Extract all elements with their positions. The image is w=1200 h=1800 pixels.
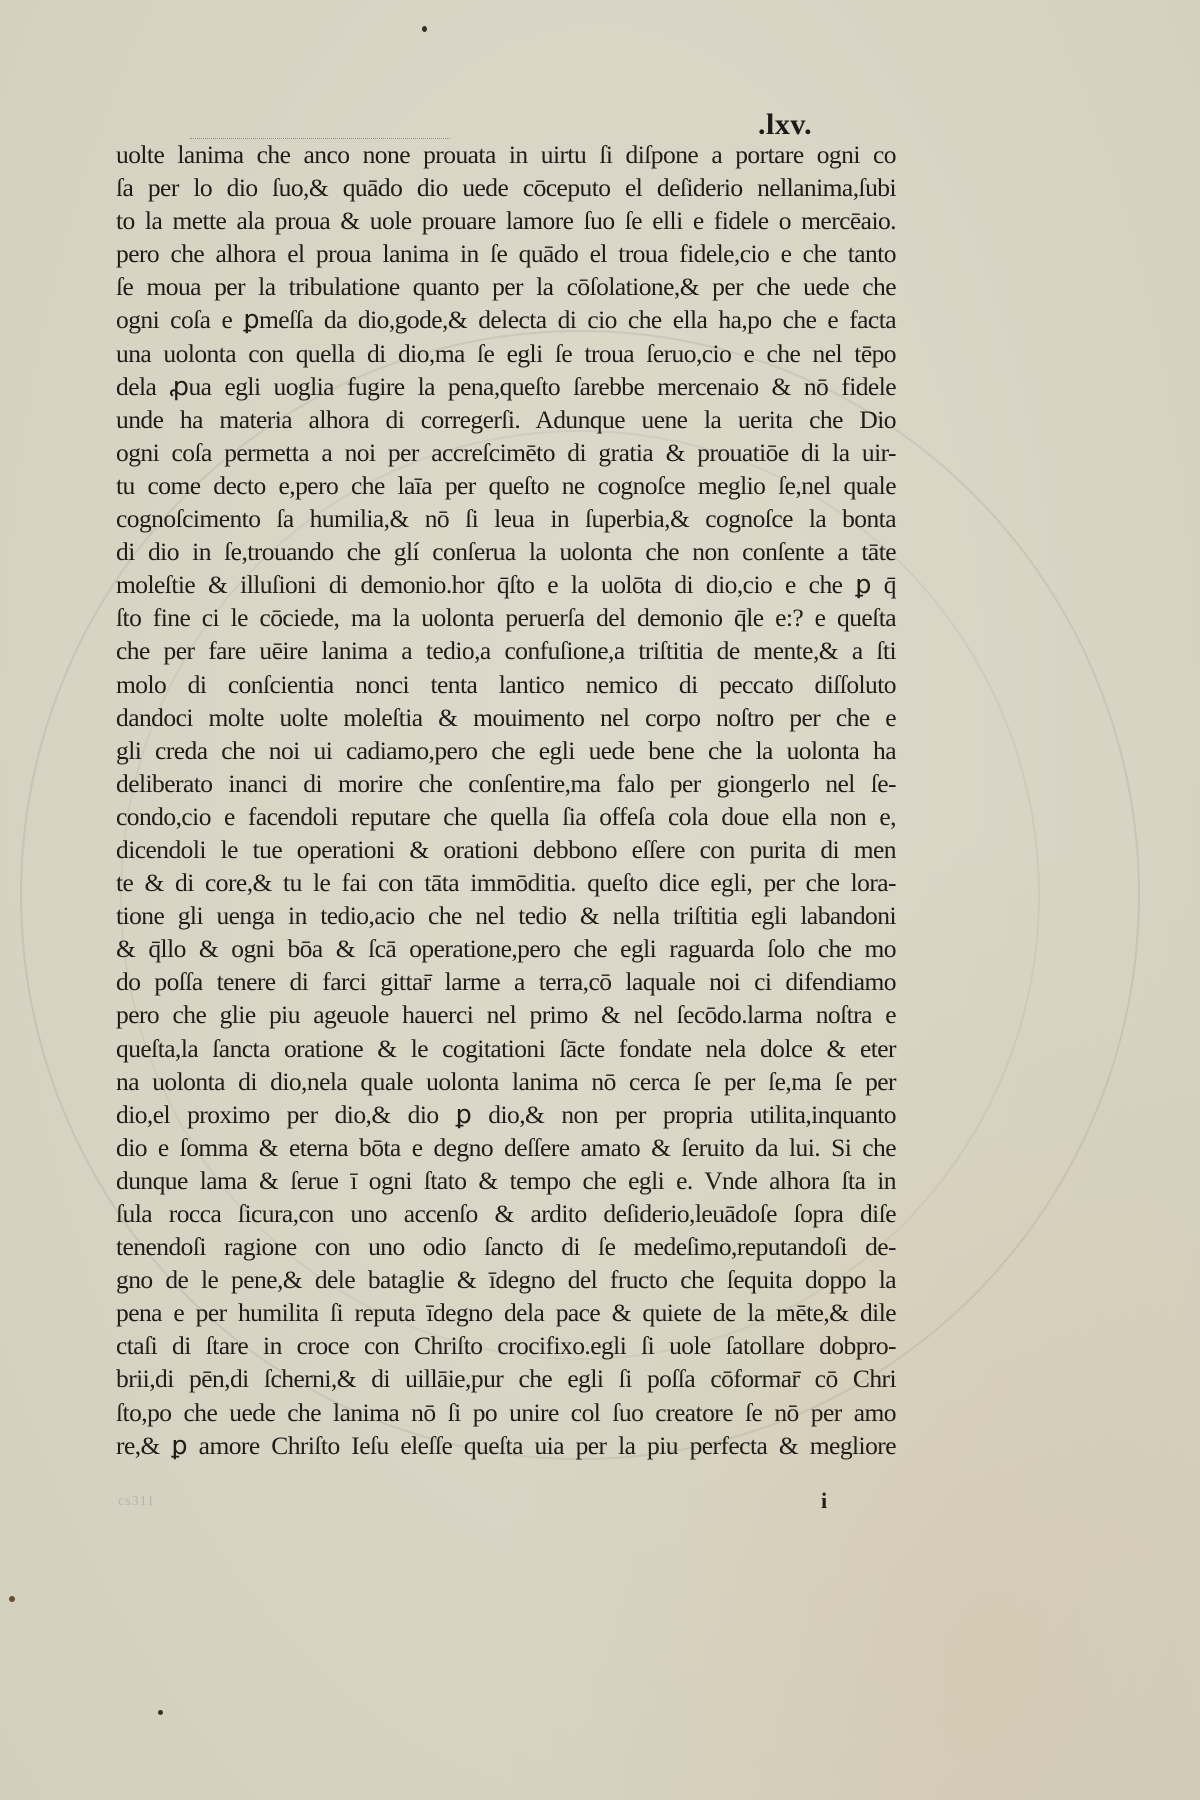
text-line: do poſſa tenere di farci gittar̄ larme a…	[116, 965, 896, 998]
text-line: ctaſi di ſtare in croce con Chriſto croc…	[116, 1329, 896, 1362]
text-line: tu come decto e,pero che laīa per queſto…	[116, 469, 896, 502]
folio-number: .lxv.	[758, 108, 812, 142]
text-line: ſula rocca ſicura,con uno accenſo & ardi…	[116, 1197, 896, 1230]
text-line: tenendoſi ragione con uno odio ſancto di…	[116, 1230, 896, 1263]
text-line: tione gli uenga in tedio,acio che nel te…	[116, 899, 896, 932]
text-line: dunque lama & ſerue ī ogni ſtato & tempo…	[116, 1164, 896, 1197]
text-line: gno de le pene,& dele bataglie & īdegno …	[116, 1263, 896, 1296]
text-line: pero che glie piu ageuole hauerci nel pr…	[116, 998, 896, 1031]
text-line: dio,el proximo per dio,& dio ꝑ dio,& non…	[116, 1098, 896, 1131]
text-line: moleſtie & illuſioni di demonio.hor q̄ſt…	[116, 568, 896, 601]
text-line: pena e per humilita ſi reputa īdegno del…	[116, 1296, 896, 1329]
ink-speck-bottom	[158, 1710, 163, 1715]
text-line: pero che alhora el proua lanima in ſe qu…	[116, 237, 896, 270]
text-line: condo,cio e facendoli reputare che quell…	[116, 800, 896, 833]
text-line: ſe moua per la tribulatione quanto per l…	[116, 270, 896, 303]
text-line: dicendoli le tue operationi & orationi d…	[116, 833, 896, 866]
text-line: dela ꝓua egli uoglia fugire la pena,queſ…	[116, 370, 896, 403]
text-line: molo di conſcientia nonci tenta lantico …	[116, 668, 896, 701]
text-line: te & di core,& tu le fai con tāta immōdi…	[116, 866, 896, 899]
text-line: na uolonta di dio,nela quale uolonta lan…	[116, 1065, 896, 1098]
text-line: to la mette ala proua & uole prouare lam…	[116, 204, 896, 237]
text-line: ſa per lo dio ſuo,& quādo dio uede cōcep…	[116, 171, 896, 204]
text-line: di dio in ſe,trouando che glí conſerua l…	[116, 535, 896, 568]
text-line: che per fare uēire lanima a tedio,a conf…	[116, 634, 896, 667]
text-line: cognoſcimento ſa humilia,& nō ſi leua in…	[116, 502, 896, 535]
text-line: gli creda che noi ui cadiamo,pero che eg…	[116, 734, 896, 767]
text-line: unde ha materia alhora di corregerſi. Ad…	[116, 403, 896, 436]
ink-speck-left-margin	[9, 1596, 15, 1602]
text-line: brii,di pēn,di ſcherni,& di uillāie,pur …	[116, 1362, 896, 1395]
text-line: ogni coſa e ꝑmeſſa da dio,gode,& delecta…	[116, 303, 896, 336]
text-block: uolte lanima che anco none prouata in ui…	[116, 138, 896, 1462]
text-line: re,& ꝑ amore Chriſto Ieſu eleſſe queſta …	[116, 1429, 896, 1462]
ink-speck-top	[422, 26, 427, 32]
text-line: dio e ſomma & eterna bōta e degno deſſer…	[116, 1131, 896, 1164]
signature-mark: i	[821, 1488, 827, 1514]
faint-library-stamp: cs311	[118, 1494, 155, 1510]
text-line: una uolonta con quella di dio,ma ſe egli…	[116, 337, 896, 370]
text-line: dandoci molte uolte moleſtia & mouimento…	[116, 701, 896, 734]
text-line: & q̄llo & ogni bōa & ſcā operatione,pero…	[116, 932, 896, 965]
book-page: .lxv. uolte lanima che anco none prouata…	[0, 0, 1200, 1800]
text-line: ſto fine ci le cōciede, ma la uolonta pe…	[116, 601, 896, 634]
text-line: deliberato inanci di morire che conſenti…	[116, 767, 896, 800]
text-line: uolte lanima che anco none prouata in ui…	[116, 138, 896, 171]
text-line: ſto,po che uede che lanima nō ſi po unir…	[116, 1396, 896, 1429]
text-line: queſta,la ſancta oratione & le cogitatio…	[116, 1032, 896, 1065]
text-line: ogni coſa permetta a noi per accreſcimēt…	[116, 436, 896, 469]
